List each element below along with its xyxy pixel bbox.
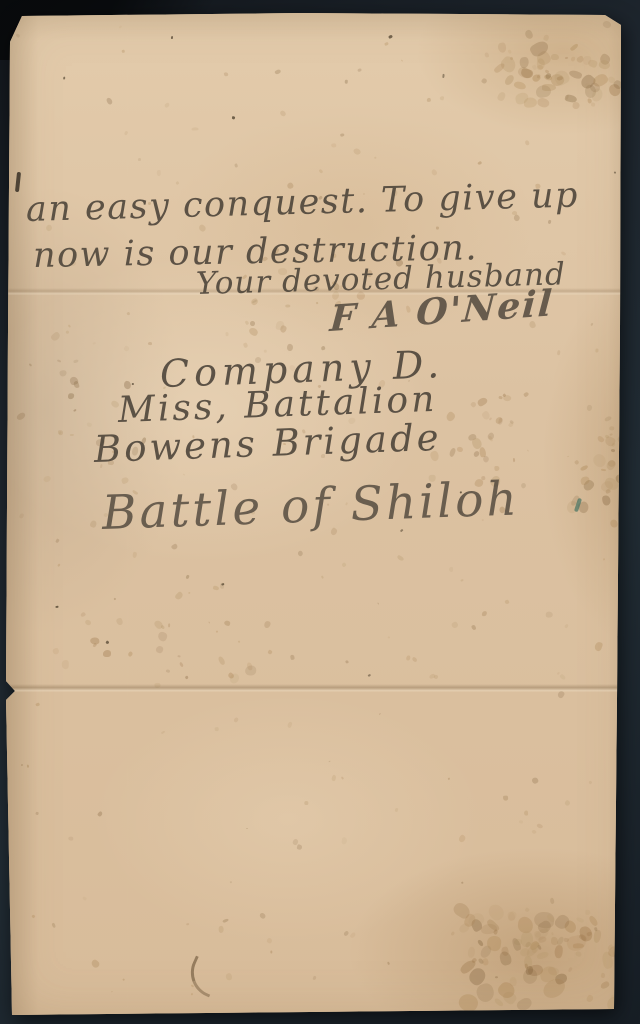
stain-speckle [97,811,103,817]
stain-speckle [132,383,134,385]
stain-speckle [477,161,482,165]
stain-speckle [493,62,505,74]
stain-speckle [588,915,599,927]
stain-speckle [123,381,131,390]
stain-speckle [586,404,593,411]
stain-speckle [482,611,487,616]
stain-speckle [450,931,455,936]
stain-speckle [556,671,559,675]
stain-speckle [591,322,594,325]
stain-speckle [89,519,97,528]
stain-speckle [481,77,488,84]
stain-speckle [67,393,74,400]
stain-speckle [379,712,381,714]
stain-speckle [508,49,512,53]
stain-speckle [353,147,362,156]
stain-speckle [19,513,24,519]
letter-page: an easy conquest. To give up now is our … [0,0,640,1024]
stain-speckle [603,558,605,561]
stain-speckle [536,65,543,71]
stain-speckle [568,967,573,973]
stain-speckle [473,450,481,458]
stain-speckle [586,994,594,1003]
stain-speckle [223,918,229,923]
stain-speckle [226,332,229,336]
stain-speckle [594,642,604,653]
stain-speckle [614,980,625,990]
stain-speckle [266,937,273,944]
stain-speckle [16,33,20,37]
stain-speckle [127,650,133,656]
stain-speckle [217,656,226,666]
stain-speckle [567,455,569,457]
stain-speckle [594,927,597,931]
stain-speckle [84,619,92,626]
stain-speckle [527,449,529,451]
letter-page-wrap: an easy conquest. To give up now is our … [0,0,640,1024]
stain-speckle [513,80,527,91]
stain-speckle [36,812,39,815]
stain-speckle [451,621,459,629]
stain-speckle [56,538,61,543]
stain-speckle [64,76,66,79]
stain-speckle [433,675,439,680]
stain-speckle [374,156,377,159]
stain-speckle [270,950,272,953]
stain-speckle [57,563,61,567]
stain-speckle [121,477,130,485]
stain-speckle [604,416,611,422]
stain-speckle [611,449,615,453]
stain-speckle [387,961,390,964]
stain-speckle [600,972,606,978]
stain-speckle [571,56,576,62]
stain-speckle [596,435,605,444]
photo-background: an easy conquest. To give up now is our … [0,0,640,1024]
stain-speckle [624,904,635,916]
stain-speckle [497,42,507,54]
stain-speckle [116,617,124,625]
stain-speckle [191,993,194,996]
stain-speckle [505,599,510,604]
stain-speckle [171,543,179,551]
stain-speckle [114,597,116,599]
stain-speckle [246,828,248,829]
stain-speckle [318,169,323,174]
stain-speckle [406,655,410,660]
stain-speckle [575,916,584,923]
stain-speckle [62,660,69,669]
stain-speckle [51,923,56,929]
stain-speckle [560,251,566,256]
stain-speckle [387,635,390,638]
stain-speckle [610,994,614,999]
stain-speckle [331,143,336,147]
stain-speckle [345,79,349,83]
stain-speckle [616,432,632,448]
stain-speckle [524,29,534,40]
stain-speckle [212,586,219,591]
stain-speckle [68,837,73,841]
stain-speckle [575,951,582,957]
stain-speckle [484,52,489,58]
stain-speckle [537,823,544,829]
stain-speckle [601,494,611,506]
stain-speckle [593,930,601,944]
stain-speckle [537,97,550,108]
stain-speckle [394,807,398,811]
stain-speckle [609,426,614,430]
stain-speckle [551,932,553,936]
stain-speckle [560,673,566,679]
stain-speckle [532,829,538,835]
stain-speckle [513,458,516,462]
stain-speckle [508,421,514,427]
stain-speckle [85,422,92,428]
stain-speckle [297,550,304,557]
stain-speckle [280,110,287,118]
stain-speckle [119,25,122,28]
stain-speckle [184,676,189,681]
stain-speckle [427,98,431,102]
stain-speckle [57,359,62,363]
stain-speckle [471,625,476,631]
stain-speckle [614,171,616,173]
stain-speckle [601,20,612,30]
stain-speckle [157,631,169,643]
stain-speckle [601,469,606,472]
stain-speckle [331,775,337,782]
stain-speckle [215,727,219,731]
stain-speckle [622,66,625,71]
stain-speckle [70,434,74,436]
stain-speckle [91,959,101,969]
stain-speckle [443,74,445,78]
stain-speckle [103,650,111,657]
stain-speckle [223,72,228,77]
stain-speckle [32,915,36,919]
stain-speckle [123,346,130,353]
stain-speckle [547,219,551,224]
stain-speckle [457,446,464,452]
stain-speckle [412,657,418,662]
stain-speckle [524,139,529,145]
stain-speckle [494,466,500,472]
stain-speckle [536,951,549,961]
stain-speckle [79,612,85,618]
stain-speckle [313,975,318,980]
stain-speckle [596,348,599,352]
stain-speckle [448,778,450,781]
stain-speckle [573,101,580,108]
stain-speckle [73,409,76,412]
stain-speckle [631,467,639,475]
stain-speckle [225,972,233,981]
stain-speckle [59,370,67,378]
stain-speckle [449,567,453,572]
stain-speckle [344,659,348,663]
stain-speckle [188,592,190,594]
stain-speckle [224,620,231,626]
stain-speckle [591,102,595,107]
stain-speckle [573,942,584,948]
stain-speckle [503,796,508,801]
stain-speckle [470,401,477,408]
stain-speckle [111,990,113,992]
stain-speckle [186,922,190,925]
stain-speckle [164,103,170,109]
stain-speckle [461,881,464,884]
stain-speckle [233,717,238,723]
stain-speckle [244,321,249,326]
stain-speckle [495,976,498,979]
stain-speckle [231,116,235,120]
stain-speckle [377,602,379,605]
stain-speckle [230,880,233,882]
stain-speckle [92,342,95,345]
stain-speckle [148,342,152,346]
stain-speckle [122,50,125,53]
stain-speckle [524,907,530,913]
stain-speckle [186,575,191,580]
stain-speckle [599,980,610,990]
stain-speckle [248,326,259,336]
stain-speckle [565,623,569,628]
stain-speckle [448,447,456,457]
stain-speckle [321,576,324,579]
stain-speckle [538,936,547,943]
stain-speckle [67,324,70,327]
stain-speckle [124,131,128,136]
stain-speckle [73,359,79,363]
stain-speckle [21,763,23,765]
stain-speckle [564,800,571,807]
stain-speckle [297,844,303,850]
stain-speckle [524,811,528,816]
stain-speckle [401,60,403,62]
stain-speckle [161,731,166,735]
stain-speckle [610,433,613,435]
stain-speckle [329,760,331,762]
stain-speckle [267,650,272,656]
stain-speckle [556,690,565,699]
stain-speckle [497,91,507,102]
stain-speckle [388,34,393,39]
stain-speckle [168,623,171,627]
stain-speckle [287,721,292,728]
stain-speckle [155,645,164,654]
stain-speckle [289,654,294,660]
stain-speckle [35,703,39,707]
stain-speckle [177,655,180,657]
stain-speckle [105,641,109,645]
stain-speckle [523,97,537,108]
stain-speckle [542,84,556,91]
stain-speckle [430,168,438,176]
stain-speckle [468,946,475,957]
stain-speckle [174,591,184,601]
stain-speckle [397,555,405,562]
stain-speckle [216,631,219,633]
stain-speckle [367,674,370,677]
stain-speckle [157,169,161,175]
stain-speckle [127,312,131,316]
stain-speckle [357,69,361,73]
stain-speckle [457,834,466,843]
stain-speckle [520,820,524,823]
stain-speckle [554,945,563,959]
stain-speckle [565,56,568,58]
stain-speckle [515,996,533,1013]
stain-speckle [315,302,318,305]
stain-speckle [460,579,463,582]
stain-speckle [250,320,256,326]
stain-speckle [238,641,241,644]
stain-speckle [179,662,184,668]
stain-speckle [341,562,347,567]
stain-speckle [545,611,552,617]
stain-speckle [245,665,256,675]
stain-speckle [50,331,62,342]
stain-speckle [499,950,513,966]
stain-speckle [171,36,173,39]
stain-speckle [233,163,237,168]
stain-speckle [520,482,527,489]
stain-speckle [242,342,248,348]
stain-speckle [585,910,591,916]
stain-speckle [304,801,308,805]
stain-speckle [208,621,210,624]
stain-speckle [519,56,529,68]
stain-speckle [350,932,357,939]
stain-speckle [219,926,224,933]
stain-speckle [65,331,69,335]
stain-speckle [183,474,185,476]
stain-speckle [340,134,345,137]
stain-speckle [503,395,512,402]
stain-speckle [27,765,29,768]
stain-speckle [55,606,58,608]
stain-speckle [175,181,179,185]
stain-speckle [477,397,489,408]
stain-speckle [285,303,291,307]
stain-speckle [384,42,389,46]
stain-speckle [445,410,457,422]
stain-speckle [52,647,60,655]
stain-speckle [609,520,618,529]
stain-speckle [549,897,555,904]
stain-speckle [275,69,282,75]
stain-speckle [605,459,618,472]
stain-speckle [93,643,97,648]
stain-speckle [556,350,560,356]
stain-speckle [569,43,578,52]
stain-speckle [192,127,199,131]
stain-speckle [574,460,579,466]
stain-speckle [29,363,32,366]
stain-speckle [264,620,271,628]
stain-speckle [551,54,559,60]
stain-speckle [439,95,444,99]
stain-speckle [341,776,344,779]
stain-speckle [564,93,577,102]
stain-speckle [579,464,588,471]
stain-speckle [82,896,87,901]
stain-speckle [488,417,491,420]
stain-speckle [138,158,141,162]
stain-speckle [16,411,27,422]
stain-speckle [43,474,52,483]
stain-speckle [589,780,593,784]
stain-speckle [531,777,539,785]
stain-speckle [471,957,478,964]
stain-speckle [342,837,348,844]
stain-speckle [522,392,529,399]
stain-speckle [165,669,170,674]
stain-speckle [154,682,161,687]
stain-speckle [259,912,267,920]
stain-speckle [106,97,113,105]
stain-speckle [133,552,138,558]
stain-speckle [123,978,125,980]
